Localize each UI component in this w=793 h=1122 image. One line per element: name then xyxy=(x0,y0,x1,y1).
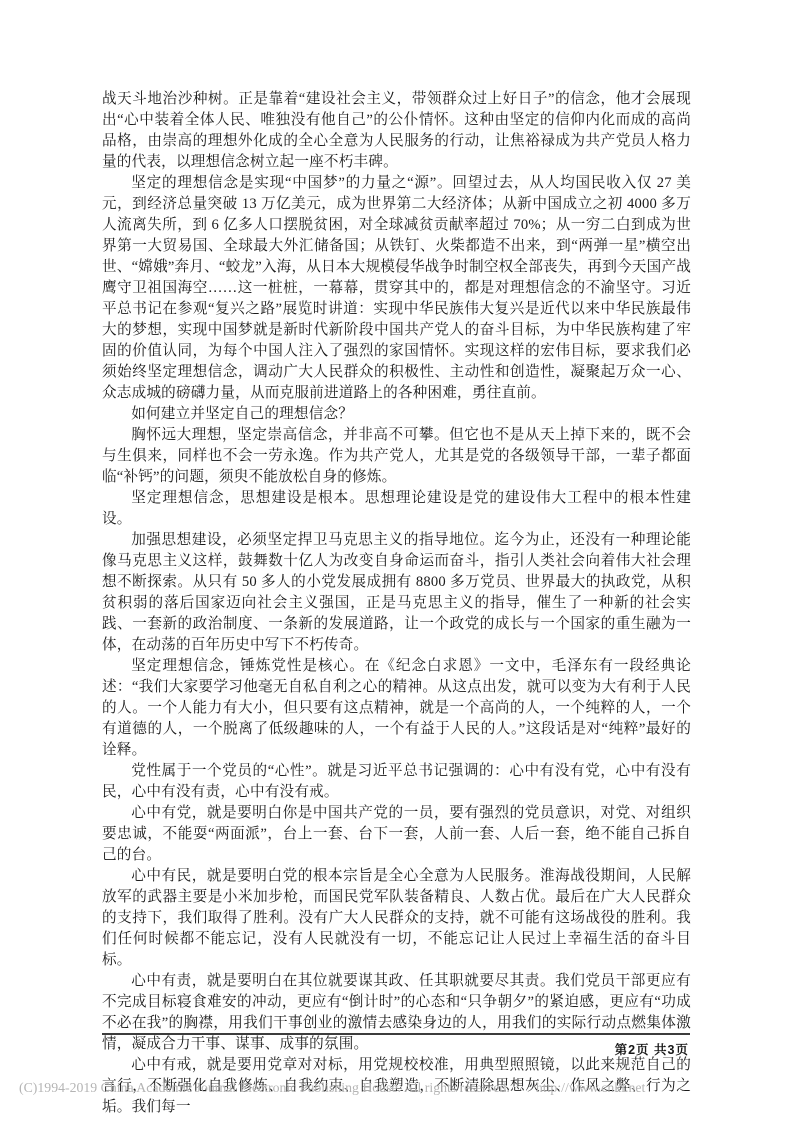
copyright-text: (C)1994-2019 China Academic Journal Elec… xyxy=(19,1080,510,1095)
paragraph: 战天斗地治沙种树。正是靠着“建设社会主义，带领群众过上好日子”的信念，他才会展现… xyxy=(102,89,691,173)
page-number: 第2页 共3页 xyxy=(615,1040,689,1058)
footer-divider xyxy=(102,1033,690,1035)
paragraph: 坚定理想信念，思想建设是根本。思想理论建设是党的建设伟大工程中的根本性建设。 xyxy=(102,488,691,530)
paragraph: 如何建立并坚定自己的理想信念？ xyxy=(102,404,691,425)
copyright-notice: (C)1994-2019 China Academic Journal Elec… xyxy=(19,1080,645,1096)
paragraph: 心中有责，就是要明白在其位就要谋其政、任其职就要尽其责。我们党员干部更应有不完成… xyxy=(102,971,691,1055)
paragraph: 党性属于一个党员的“心性”。就是习近平总书记强调的：心中有没有党，心中有没有民，… xyxy=(102,761,691,803)
cnki-url: http://www.cnki.net xyxy=(536,1080,645,1095)
paragraph: 坚定理想信念，锤炼党性是核心。在《纪念白求恩》一文中，毛泽东有一段经典论述：“我… xyxy=(102,656,691,761)
paragraph: 心中有民，就是要明白党的根本宗旨是全心全意为人民服务。淮海战役期间，人民解放军的… xyxy=(102,866,691,971)
document-page: 战天斗地治沙种树。正是靠着“建设社会主义，带领群众过上好日子”的信念，他才会展现… xyxy=(0,0,793,1122)
paragraph: 胸怀远大理想，坚定崇高信念，并非高不可攀。但它也不是从天上掉下来的，既不会与生俱… xyxy=(102,425,691,488)
article-body: 战天斗地治沙种树。正是靠着“建设社会主义，带领群众过上好日子”的信念，他才会展现… xyxy=(102,89,691,1118)
paragraph: 心中有党，就是要明白你是中国共产党的一员，要有强烈的党员意识，对党、对组织要忠诚… xyxy=(102,803,691,866)
paragraph: 加强思想建设，必须坚定捍卫马克思主义的指导地位。迄今为止，还没有一种理论能像马克… xyxy=(102,530,691,656)
paragraph: 坚定的理想信念是实现“中国梦”的力量之“源”。回望过去，从人均国民收入仅 27 … xyxy=(102,173,691,404)
